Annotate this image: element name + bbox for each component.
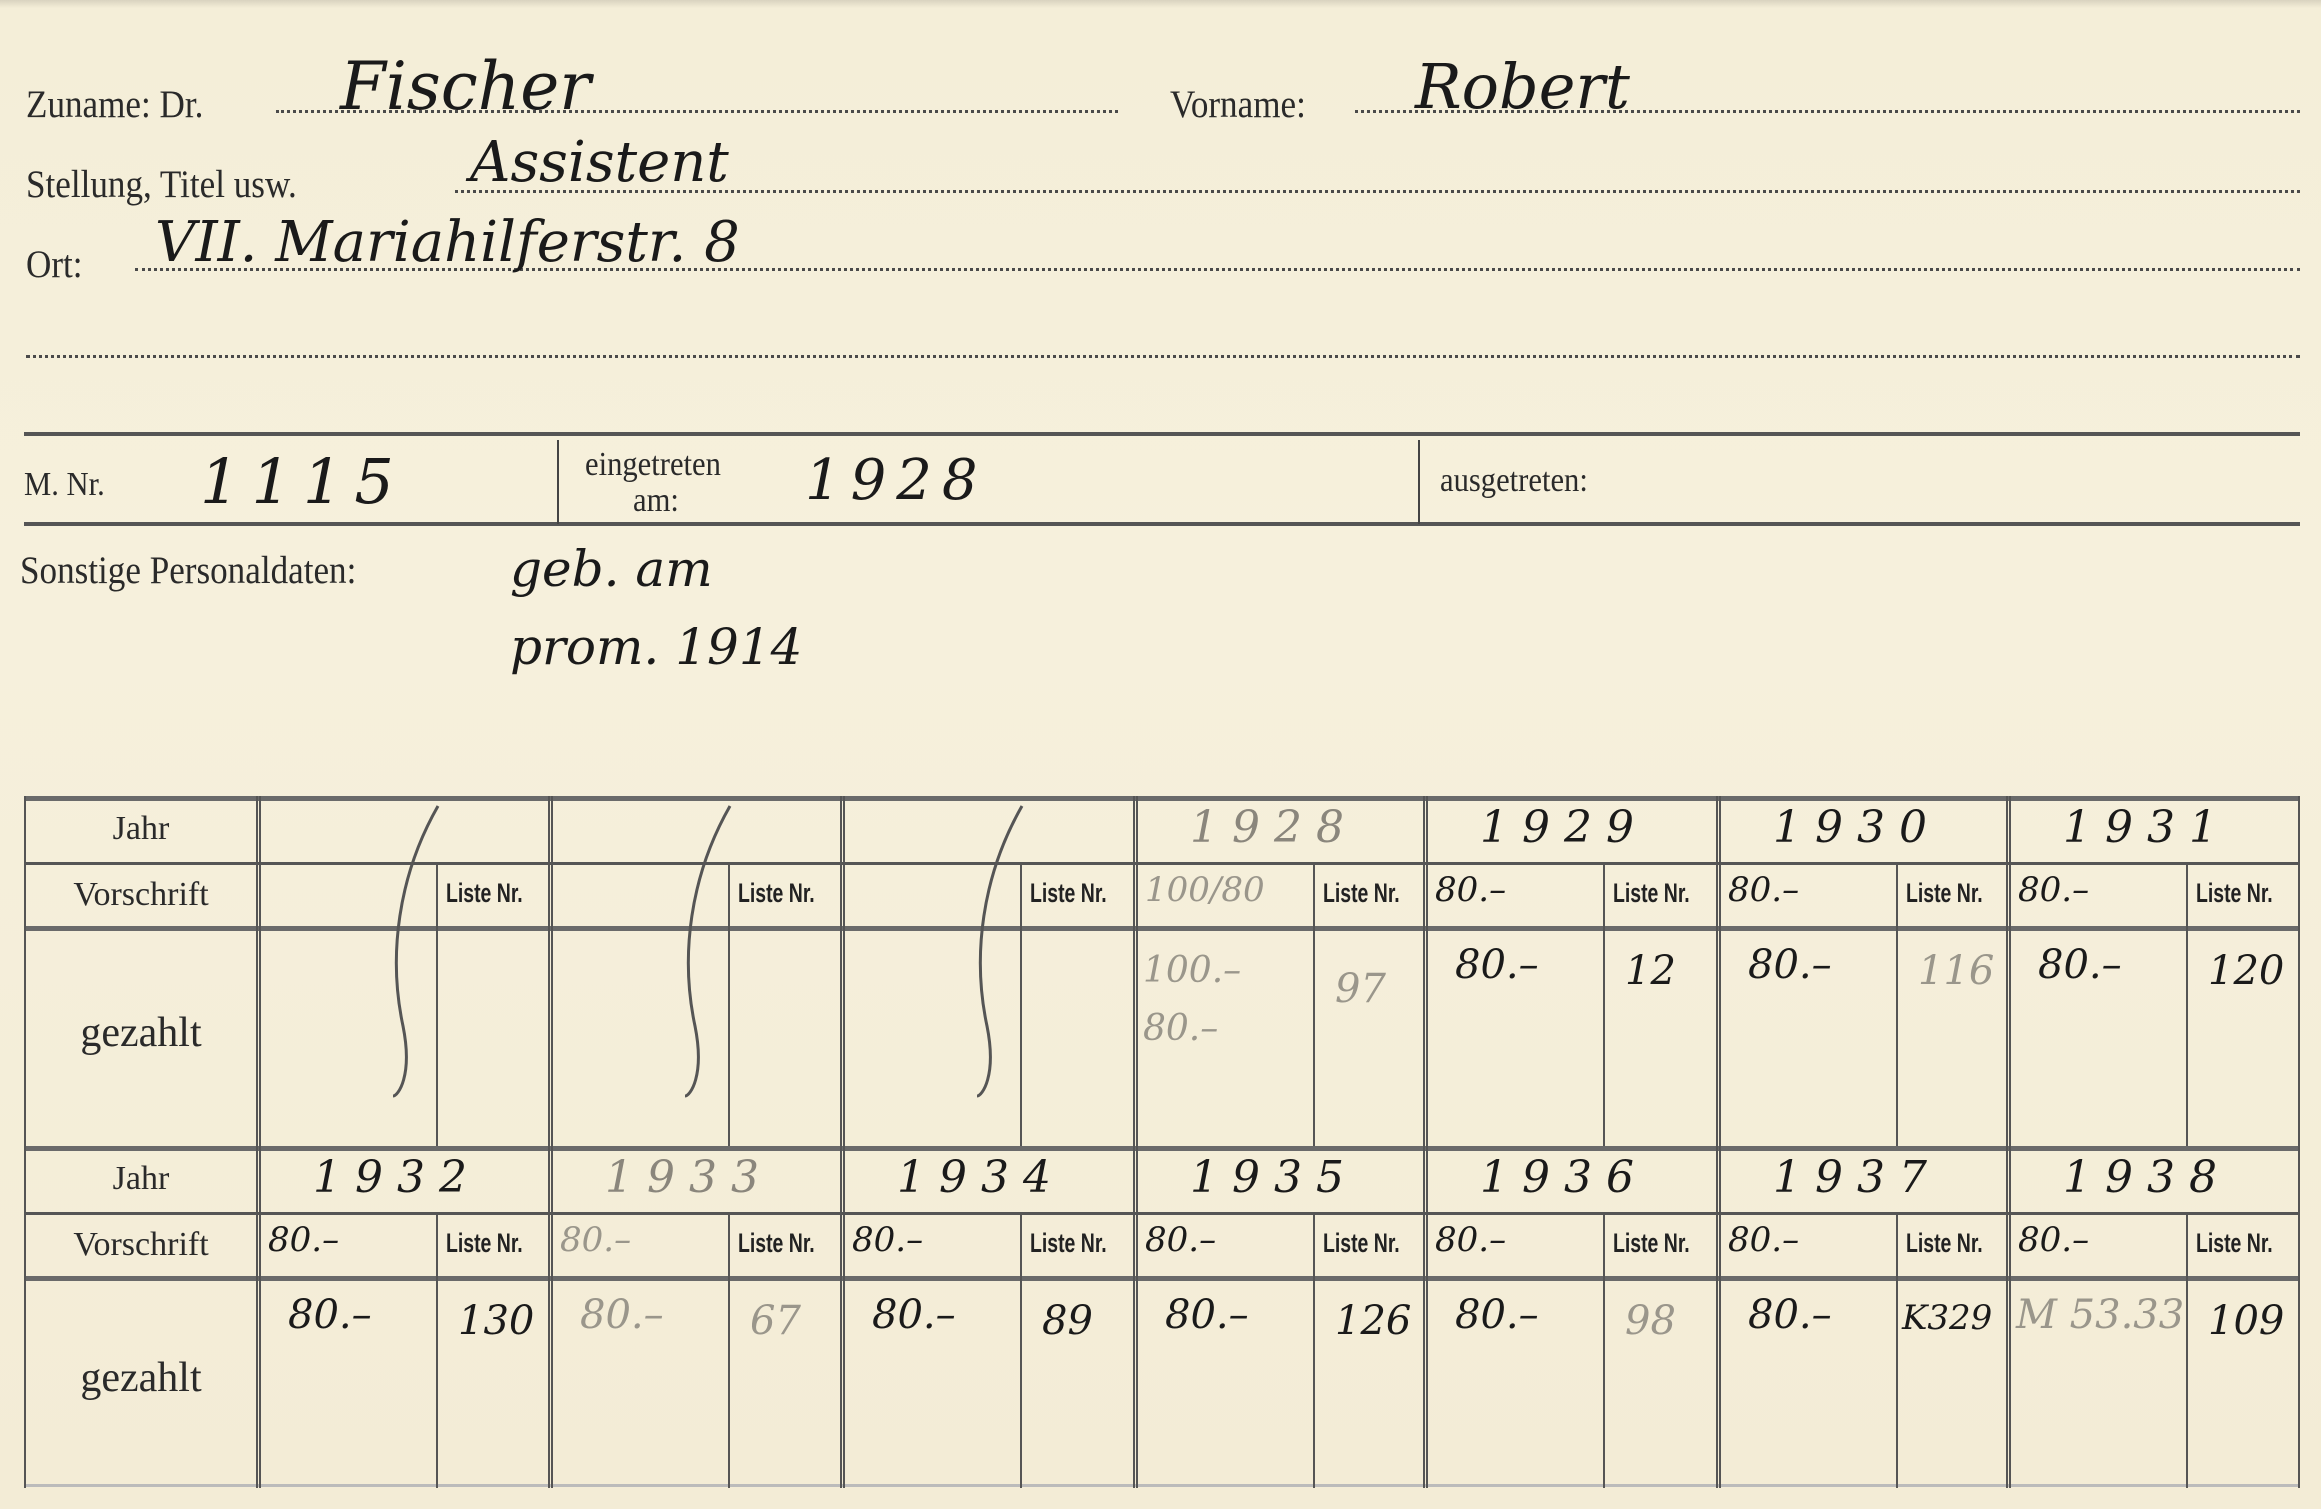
eingetreten-label-2: am: xyxy=(633,482,679,520)
row-label-gezahlt: gezahlt xyxy=(24,1009,258,1057)
vorschrift-cell[interactable]: 100/80 xyxy=(1145,870,1265,910)
zuname-label: Zuname: Dr. xyxy=(26,82,203,127)
liste-cell[interactable]: 126 xyxy=(1335,1298,1411,1344)
liste-column-divider xyxy=(1313,862,1315,1148)
liste-column-divider xyxy=(1603,862,1605,1148)
liste-column-divider xyxy=(436,1212,438,1488)
vorschrift-row-rule xyxy=(24,1276,2300,1281)
stellung-label: Stellung, Titel usw. xyxy=(26,162,297,207)
year-column-divider xyxy=(840,796,845,1148)
zuname-value[interactable]: Fischer xyxy=(340,48,591,125)
personal-data-line-1[interactable]: geb. am xyxy=(510,540,713,598)
liste-cell[interactable]: 67 xyxy=(750,1298,801,1344)
extra-address-line xyxy=(26,355,2300,358)
liste-cell[interactable]: 12 xyxy=(1625,948,1676,994)
table-right-border xyxy=(2298,1146,2300,1488)
liste-nr-header: Liste Nr. xyxy=(1030,1228,1107,1259)
year-column-divider xyxy=(2006,1146,2011,1488)
year-column-divider xyxy=(840,1146,845,1488)
year-cell[interactable]: 1929 xyxy=(1480,802,1648,853)
vorschrift-cell[interactable]: 80.– xyxy=(268,1220,339,1260)
year-column-divider xyxy=(1133,1146,1138,1488)
year-cell[interactable]: 1928 xyxy=(1190,802,1358,853)
liste-cell[interactable]: 109 xyxy=(2208,1298,2284,1344)
vorschrift-cell[interactable]: 80.– xyxy=(1728,870,1799,910)
year-column-divider xyxy=(256,796,261,1148)
year-column-divider xyxy=(256,1146,261,1488)
year-cell[interactable]: 1936 xyxy=(1480,1152,1648,1203)
stellung-line xyxy=(455,190,2300,193)
year-cell[interactable]: 1933 xyxy=(605,1152,773,1203)
liste-cell[interactable]: 120 xyxy=(2208,948,2284,994)
liste-cell[interactable]: 130 xyxy=(458,1298,534,1344)
liste-nr-header: Liste Nr. xyxy=(1613,878,1690,909)
liste-nr-header: Liste Nr. xyxy=(738,1228,815,1259)
eingetreten-label-1: eingetreten xyxy=(585,446,721,484)
vorschrift-cell[interactable]: 80.– xyxy=(1435,1220,1506,1260)
liste-column-divider xyxy=(1020,1212,1022,1488)
gezahlt-cell[interactable]: 80.– xyxy=(1455,1292,1539,1338)
table-top-rule xyxy=(24,1146,2300,1151)
gezahlt-cell[interactable]: M 53.33 xyxy=(2016,1292,2184,1338)
year-cell[interactable]: 1930 xyxy=(1773,802,1941,853)
year-column-divider xyxy=(548,796,553,1148)
liste-column-divider xyxy=(1313,1212,1315,1488)
gezahlt-cell[interactable]: 80.– xyxy=(1165,1292,1249,1338)
membership-bottom-rule xyxy=(24,522,2300,526)
year-column-divider xyxy=(548,1146,553,1488)
liste-column-divider xyxy=(1896,862,1898,1148)
table-bottom-rule xyxy=(24,1484,2300,1487)
row-label-jahr: Jahr xyxy=(24,810,258,848)
membership-index-card: Zuname: Dr. Fischer Vorname: Robert Stel… xyxy=(0,0,2321,1509)
row-label-vorschrift: Vorschrift xyxy=(24,876,258,914)
year-column-divider xyxy=(1423,796,1428,1148)
vorschrift-cell[interactable]: 80.– xyxy=(560,1220,631,1260)
mnr-label: M. Nr. xyxy=(24,466,105,504)
dues-table-upper: JahrVorschriftgezahltListe Nr.Liste Nr.L… xyxy=(24,796,2300,1148)
year-column-divider xyxy=(1716,1146,1721,1488)
card-top-edge xyxy=(0,0,2321,8)
year-cell[interactable]: 1931 xyxy=(2063,802,2231,853)
liste-cell[interactable]: 98 xyxy=(1625,1298,1676,1344)
gezahlt-cell[interactable]: 80.– xyxy=(872,1292,956,1338)
table-right-border xyxy=(2298,796,2300,1148)
membership-divider-1 xyxy=(557,440,559,524)
ort-value[interactable]: VII. Mariahilferstr. 8 xyxy=(155,210,740,275)
year-cell[interactable]: 1934 xyxy=(897,1152,1065,1203)
row-label-jahr: Jahr xyxy=(24,1160,258,1198)
row-label-vorschrift: Vorschrift xyxy=(24,1226,258,1264)
year-cell[interactable]: 1935 xyxy=(1190,1152,1358,1203)
ort-label: Ort: xyxy=(26,242,83,287)
liste-column-divider xyxy=(2186,1212,2188,1488)
strike-through-mark xyxy=(942,796,1062,1148)
liste-column-divider xyxy=(1896,1212,1898,1488)
year-column-divider xyxy=(1133,796,1138,1148)
vorschrift-cell[interactable]: 80.– xyxy=(2018,870,2089,910)
jahr-row-rule xyxy=(24,1212,2300,1215)
vorschrift-cell[interactable]: 80.– xyxy=(1145,1220,1216,1260)
year-cell[interactable]: 1932 xyxy=(313,1152,481,1203)
strike-through-mark xyxy=(650,796,770,1148)
year-column-divider xyxy=(1716,796,1721,1148)
year-column-divider xyxy=(2006,796,2011,1148)
mnr-value[interactable]: 1115 xyxy=(200,445,406,518)
liste-nr-header: Liste Nr. xyxy=(2196,878,2273,909)
year-column-divider xyxy=(1423,1146,1428,1488)
vorname-value[interactable]: Robert xyxy=(1415,50,1630,123)
liste-column-divider xyxy=(1603,1212,1605,1488)
year-cell[interactable]: 1937 xyxy=(1773,1152,1941,1203)
membership-divider-2 xyxy=(1418,440,1420,524)
vorschrift-cell[interactable]: 80.– xyxy=(2018,1220,2089,1260)
liste-nr-header: Liste Nr. xyxy=(1323,878,1400,909)
strike-through-mark xyxy=(358,796,478,1148)
membership-top-rule xyxy=(24,432,2300,436)
liste-nr-header: Liste Nr. xyxy=(1323,1228,1400,1259)
gezahlt-cell[interactable]: 80.– xyxy=(1748,1292,1832,1338)
gezahlt-cell[interactable]: 80.– xyxy=(1455,942,1539,988)
ausgetreten-label: ausgetreten: xyxy=(1440,462,1588,500)
liste-cell[interactable]: 97 xyxy=(1335,966,1386,1012)
liste-nr-header: Liste Nr. xyxy=(2196,1228,2273,1259)
year-cell[interactable]: 1938 xyxy=(2063,1152,2231,1203)
liste-column-divider xyxy=(728,1212,730,1488)
stellung-value[interactable]: Assistent xyxy=(470,130,729,195)
vorname-label: Vorname: xyxy=(1170,82,1306,127)
gezahlt-cell[interactable]: 80.– xyxy=(2038,942,2122,988)
liste-cell[interactable]: 89 xyxy=(1042,1298,1093,1344)
vorschrift-cell[interactable]: 80.– xyxy=(1435,870,1506,910)
liste-cell[interactable]: K329 xyxy=(1902,1298,1992,1338)
gezahlt-cell[interactable]: 80.– xyxy=(1748,942,1832,988)
row-label-gezahlt: gezahlt xyxy=(24,1354,258,1402)
vorschrift-cell[interactable]: 80.– xyxy=(1728,1220,1799,1260)
liste-nr-header: Liste Nr. xyxy=(1906,878,1983,909)
eingetreten-value[interactable]: 1928 xyxy=(805,448,988,513)
liste-nr-header: Liste Nr. xyxy=(446,1228,523,1259)
gezahlt-cell[interactable]: 100.– 80.– xyxy=(1143,942,1293,1058)
liste-nr-header: Liste Nr. xyxy=(1906,1228,1983,1259)
liste-cell[interactable]: 116 xyxy=(1918,948,1994,994)
vorschrift-cell[interactable]: 80.– xyxy=(852,1220,923,1260)
liste-column-divider xyxy=(2186,862,2188,1148)
gezahlt-cell[interactable]: 80.– xyxy=(580,1292,664,1338)
personal-data-line-2[interactable]: prom. 1914 xyxy=(510,618,802,676)
liste-nr-header: Liste Nr. xyxy=(1613,1228,1690,1259)
dues-table-lower: JahrVorschriftgezahltListe Nr.193280.–80… xyxy=(24,1146,2300,1488)
personal-data-label: Sonstige Personaldaten: xyxy=(20,548,356,593)
table-left-border xyxy=(24,796,26,1148)
gezahlt-cell[interactable]: 80.– xyxy=(288,1292,372,1338)
